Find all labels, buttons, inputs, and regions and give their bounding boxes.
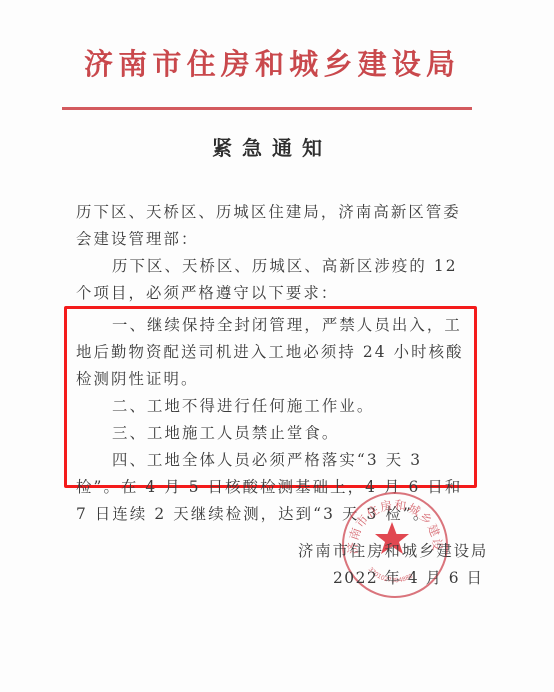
requirement-item: 二、工地不得进行任何施工作业。 bbox=[76, 393, 468, 420]
intro-paragraph: 历下区、天桥区、历城区、高新区涉疫的 12 个项目，必须严格遵守以下要求： bbox=[76, 253, 468, 307]
document-title: 紧急通知 bbox=[212, 134, 332, 162]
addressee: 历下区、天桥区、历城区住建局，济南高新区管委会建设管理部： bbox=[76, 199, 468, 253]
requirement-item: 三、工地施工人员禁止堂食。 bbox=[76, 420, 468, 447]
letterhead-organization: 济南市住房和城乡建设局 bbox=[84, 44, 454, 84]
signature-issuer: 济南市住房和城乡建设局 bbox=[298, 540, 488, 562]
requirement-item: 一、继续保持全封闭管理，严禁人员出入，工地后勤物资配送司机进入工地必须持 24 … bbox=[76, 312, 468, 393]
letterhead-divider bbox=[62, 107, 472, 110]
signature-date: 2022 年 4 月 6 日 bbox=[333, 567, 483, 589]
document-intro: 历下区、天桥区、历城区住建局，济南高新区管委会建设管理部： 历下区、天桥区、历城… bbox=[76, 199, 468, 307]
